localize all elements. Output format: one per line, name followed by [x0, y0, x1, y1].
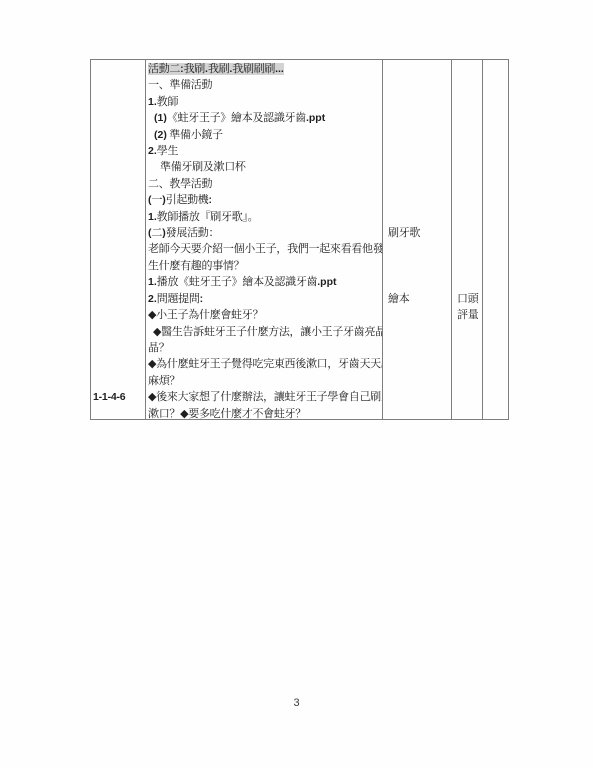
content-line: 1.播放《蛀牙王子》繪本及認識牙齒.ppt	[146, 274, 382, 290]
content-line: 1.教師	[146, 94, 382, 110]
content-line: 晶？	[146, 340, 382, 356]
content-line: 2.問題提問:	[146, 291, 382, 307]
resource-entry: 刷牙歌	[383, 225, 420, 241]
lesson-plan-table: 1-1-4-6 活動二:我刷.我刷.我刷刷刷...一、準備活動1.教師(1)《蛀…	[90, 59, 509, 420]
content-line: 二、教學活動	[146, 176, 382, 192]
competency-code-column: 1-1-4-6	[91, 60, 146, 419]
teaching-resources-column: 刷牙歌繪本	[383, 60, 452, 419]
content-line: 一、準備活動	[146, 77, 382, 93]
content-line: 麻煩？	[146, 373, 382, 389]
content-line: 老師今天要介紹一個小王子，我們一起來看看他發	[146, 241, 382, 257]
page-number: 3	[0, 697, 593, 709]
competency-code: 1-1-4-6	[91, 389, 125, 405]
content-line: 1.教師播放『刷牙歌』。	[146, 209, 382, 225]
document-page: 1-1-4-6 活動二:我刷.我刷.我刷刷刷...一、準備活動1.教師(1)《蛀…	[0, 0, 593, 768]
assessment-entry: 口頭	[452, 291, 478, 307]
content-line: (一)引起動機:	[146, 192, 382, 208]
content-line: ◆為什麼蛀牙王子覺得吃完東西後漱口，牙齒天天刷很	[146, 356, 382, 372]
content-line: ◆醫生告訴蛀牙王子什麼方法，讓小王子牙齒亮晶	[146, 324, 382, 340]
assessment-column: 口頭評量	[452, 60, 483, 419]
content-line: 2.學生	[146, 143, 382, 159]
content-line: (2) 準備小鏡子	[146, 127, 382, 143]
content-line: (二)發展活動：	[146, 225, 382, 241]
assessment-entry: 評量	[452, 307, 478, 323]
content-line: ◆後來大家想了什麼辦法，讓蛀牙王子學會自己刷牙、	[146, 389, 382, 405]
content-line: 漱口？◆要多吃什麼才不會蛀牙？	[146, 406, 382, 419]
resource-entry: 繪本	[383, 291, 409, 307]
content-line: 活動二:我刷.我刷.我刷刷刷...	[146, 61, 382, 77]
content-line: (1)《蛀牙王子》繪本及認識牙齒.ppt	[146, 110, 382, 126]
content-line: ◆小王子為什麼會蛀牙？	[146, 307, 382, 323]
activity-content-column: 活動二:我刷.我刷.我刷刷刷...一、準備活動1.教師(1)《蛀牙王子》繪本及認…	[146, 60, 383, 419]
notes-column	[483, 60, 508, 419]
content-line: 準備牙刷及漱口杯	[146, 159, 382, 175]
content-line: 生什麼有趣的事情？	[146, 258, 382, 274]
